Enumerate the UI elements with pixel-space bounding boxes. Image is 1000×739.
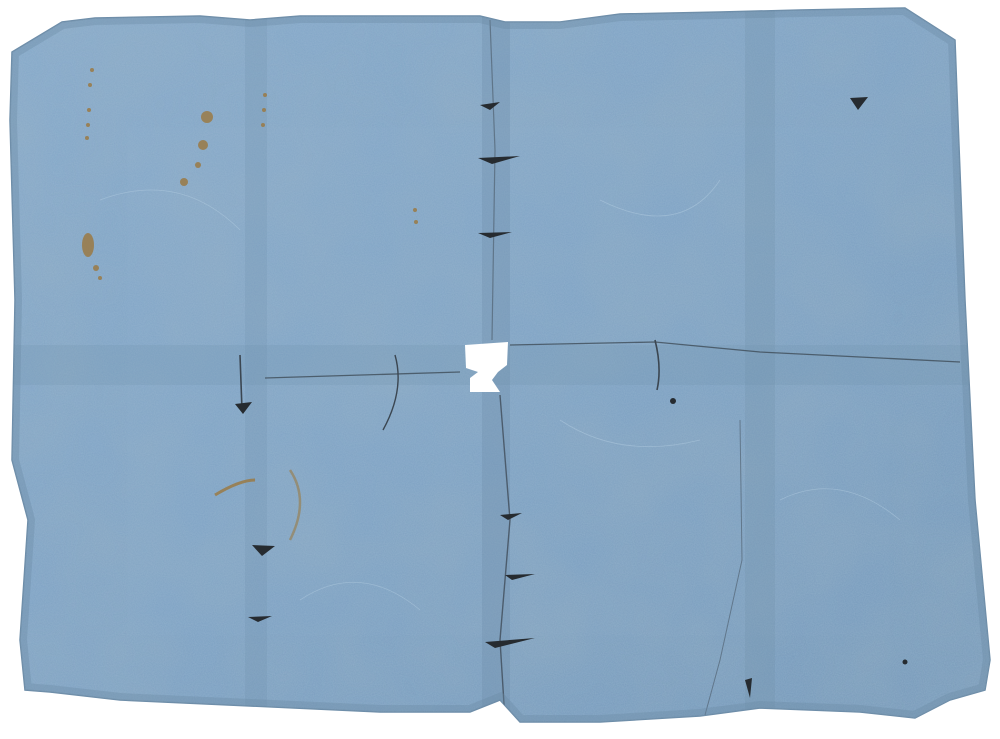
paper-photo (0, 0, 1000, 739)
